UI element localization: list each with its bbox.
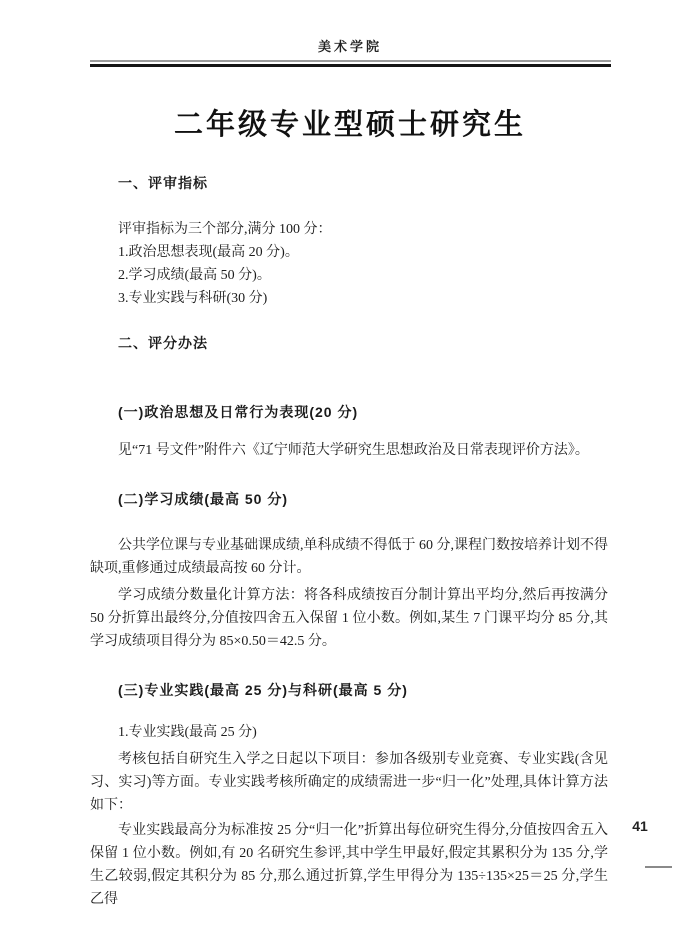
paragraph-practice-normalization-example: 专业实践最高分为标准按 25 分“归一化”折算出每位研究生得分,分值按四舍五入保… (90, 819, 608, 911)
sub-heading-political-behavior: (一)政治思想及日常行为表现(20 分) (90, 401, 608, 424)
body-line-item-political: 1.政治思想表现(最高 20 分)。 (90, 241, 608, 264)
paragraph-practice-assessment-scope: 考核包括自研究生入学之日起以下项目：参加各级别专业竞赛、专业实践(含见习、实习)… (90, 748, 608, 817)
section-heading-scoring-method: 二、评分办法 (90, 332, 608, 355)
document-page: 美术学院 二年级专业型硕士研究生 一、评审指标 评审指标为三个部分,满分 100… (0, 0, 700, 949)
section-heading-evaluation-indicators: 一、评审指标 (90, 172, 608, 195)
header-rule (90, 60, 611, 67)
header-rule-black-line (90, 64, 611, 67)
sub-heading-practice-and-research: (三)专业实践(最高 25 分)与科研(最高 5 分) (90, 679, 608, 702)
paragraph-course-score-rules: 公共学位课与专业基础课成绩,单科成绩不得低于 60 分,课程门数按培养计划不得缺… (90, 534, 608, 580)
running-header: 美术学院 (0, 36, 700, 55)
paragraph-score-quantification-method: 学习成绩分数量化计算方法：将各科成绩按百分制计算出平均分,然后再按满分 50 分… (90, 584, 608, 653)
body-line-practice-title: 1.专业实践(最高 25 分) (90, 721, 608, 744)
page-title: 二年级专业型硕士研究生 (0, 102, 700, 143)
header-rule-gray-line (90, 60, 611, 62)
document-body: 一、评审指标 评审指标为三个部分,满分 100 分： 1.政治思想表现(最高 2… (90, 172, 608, 911)
page-number-rule (645, 866, 672, 868)
paragraph-document-71-reference: 见“71 号文件”附件六《辽宁师范大学研究生思想政治及日常表现评价方法》。 (90, 439, 608, 462)
body-line-item-practice: 3.专业实践与科研(30 分) (90, 287, 608, 310)
sub-heading-study-scores: (二)学习成绩(最高 50 分) (90, 488, 608, 511)
page-number: 41 (622, 818, 658, 834)
body-line-indicator-intro: 评审指标为三个部分,满分 100 分： (90, 218, 608, 241)
body-line-item-study: 2.学习成绩(最高 50 分)。 (90, 264, 608, 287)
